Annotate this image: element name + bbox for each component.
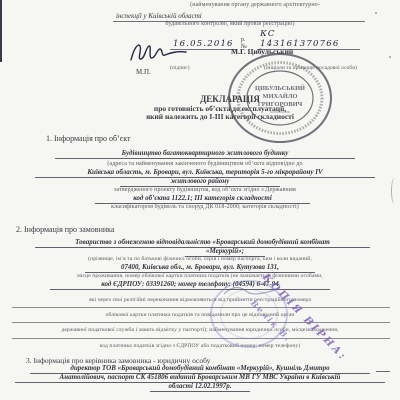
scan-speck bbox=[375, 12, 377, 14]
scan-mark-dash bbox=[376, 371, 390, 372]
object-address-line2: житлового району bbox=[120, 177, 280, 187]
blank-field-rule bbox=[12, 307, 390, 308]
signature-caption: (підпис) bbox=[170, 65, 190, 71]
org-name-value: інспекції у Київській області bbox=[113, 12, 202, 20]
object-code-field: код об’єкта 1122.1; ІІІ категорія складн… bbox=[95, 194, 310, 204]
customer-edrpou-field: код ЄДРПОУ: 03391260; номер телефону: (0… bbox=[50, 280, 330, 290]
seal-place-label: М.П. bbox=[136, 68, 151, 76]
round-seal-stamp: ЦИБУЛЬСЬКИЙ МИХАЙЛО ГРИГОРОВИЧ bbox=[226, 52, 334, 144]
header-org-caption-top: (найменування органу державного архітект… bbox=[150, 2, 360, 9]
section2-caption-taxservice: державної податкової служби і мають відм… bbox=[15, 327, 385, 334]
scan-mark-parenthesis bbox=[391, 178, 398, 204]
scanned-declaration-document: (найменування органу державного архітект… bbox=[0, 0, 400, 400]
object-name-field: Будівництво багатоквартирного житлового … bbox=[55, 149, 355, 159]
section1-caption-address: (адреса та найменування закінченого буді… bbox=[70, 161, 340, 168]
seal-name-line2: МИХАЙЛО bbox=[263, 92, 298, 100]
document-title-line3: який належить до І-ІІІ категорії складно… bbox=[45, 112, 395, 121]
seal-name-line1: ЦИБУЛЬСЬКИЙ bbox=[255, 84, 305, 92]
section2-caption-taxnumber: код платника податків згідно з ЄДРПОУ аб… bbox=[60, 343, 340, 350]
section2-heading: 2. Інформація про замовника bbox=[16, 225, 114, 234]
section2-caption-residence: місце проживання, номер облікової картки… bbox=[40, 273, 360, 280]
section1-heading: 1. Інформація про об’єкт bbox=[46, 134, 130, 143]
director-info-line3: області 12.02.1997р. bbox=[150, 382, 250, 392]
section1-caption-project: затвердженого проекту будівництва, код о… bbox=[80, 187, 330, 194]
section1-caption-classifier: класифікатором будівель та споруд ДК 018… bbox=[70, 204, 340, 211]
section2-caption-religious: які через свої релігійні переконання від… bbox=[55, 297, 345, 304]
header-org-caption-bottom: будівельного контролю, який провів реєст… bbox=[130, 21, 330, 28]
scan-speck bbox=[389, 56, 391, 58]
section2-caption-person: (прізвище, ім’я та по батькові фізичної … bbox=[55, 256, 345, 263]
scan-edge-strip bbox=[0, 0, 2, 62]
customer-address-field: 07400, Київська обл., м. Бровари, вул. К… bbox=[85, 263, 315, 273]
seal-name-line3: ГРИГОРОВИЧ bbox=[258, 101, 303, 108]
blank-field-rule bbox=[12, 322, 390, 323]
official-signature-mark bbox=[128, 40, 190, 64]
